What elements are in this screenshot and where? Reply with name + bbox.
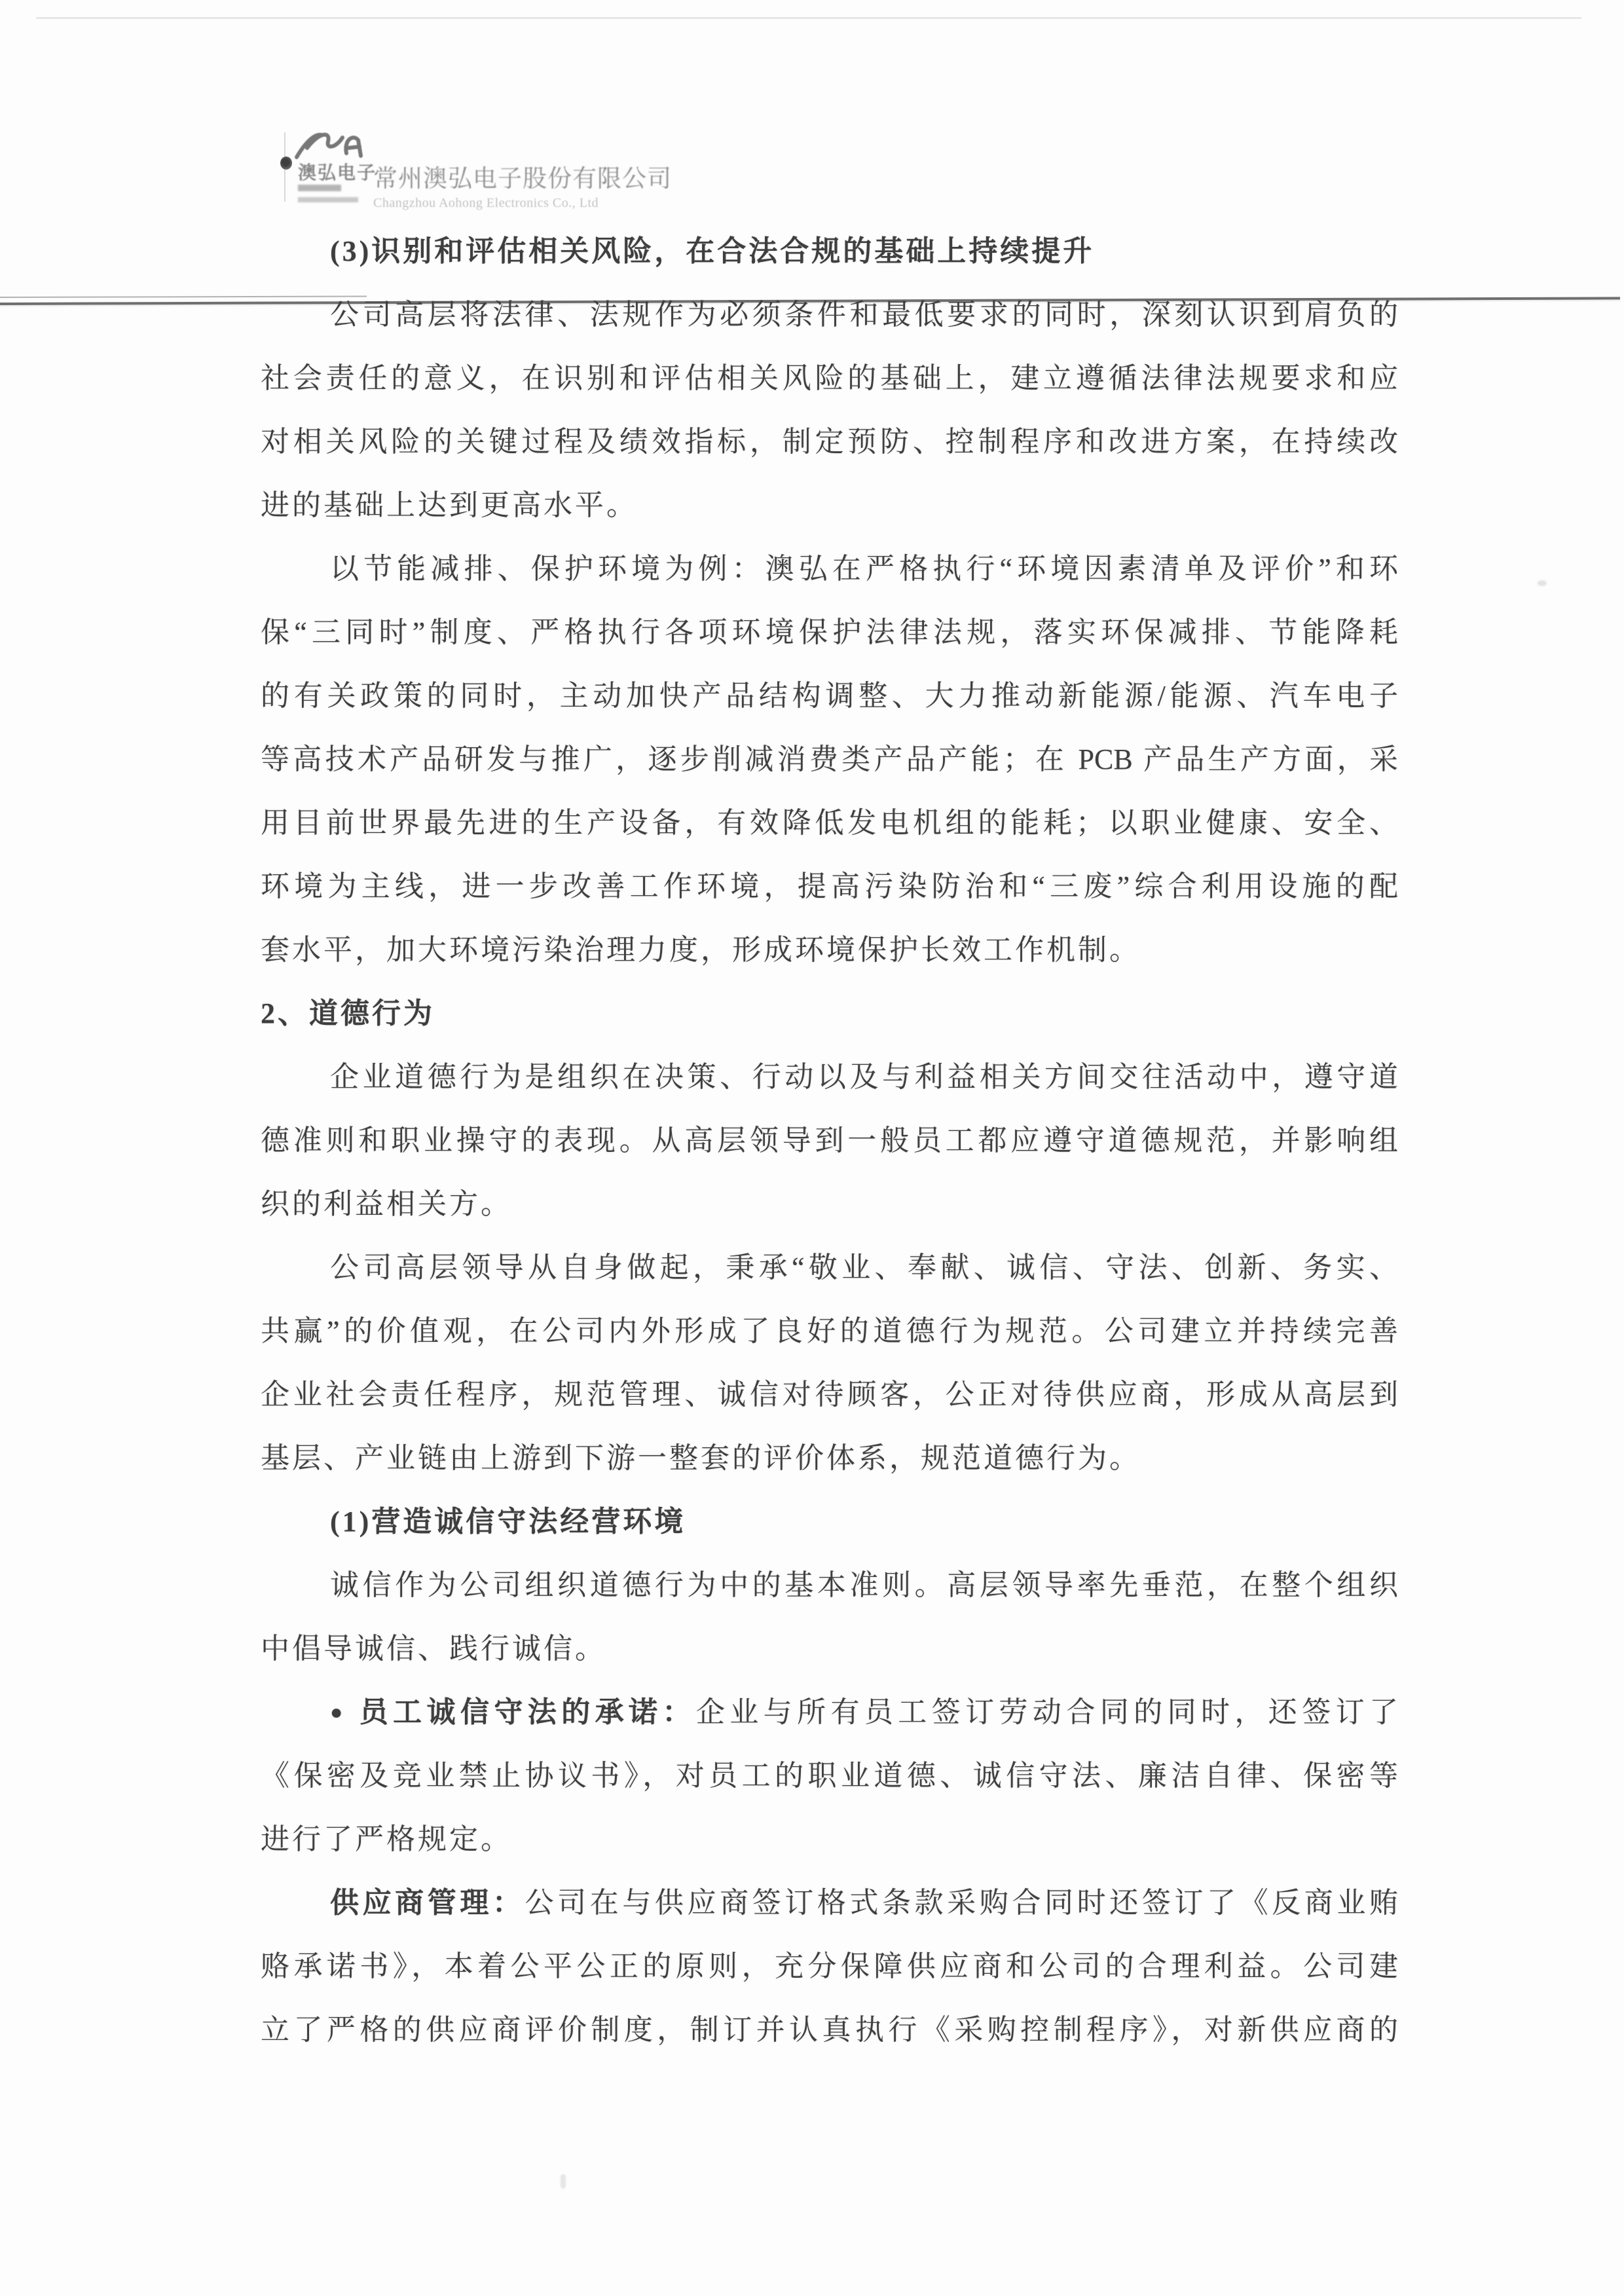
text-line: 以节能减排、保护环境为例：澳弘在严格执行“环境因素清单及评价”和环 xyxy=(261,537,1398,601)
text-line: 套水平，加大环境污染治理力度，形成环境保护长效工作机制。 xyxy=(261,918,1398,982)
company-name-block: 常州澳弘电子股份有限公司 Changzhou Aohong Electronic… xyxy=(373,166,672,211)
scan-speck xyxy=(1538,580,1547,586)
text-line: 社会责任的意义，在识别和评估相关风险的基础上，建立遵循法律法规要求和应 xyxy=(261,346,1398,410)
text-line: 等高技术产品研发与推广，逐步削减消费类产品产能；在 PCB 产品生产方面，采 xyxy=(261,728,1398,791)
text-line: 立了严格的供应商评价制度，制订并认真执行《采购控制程序》，对新供应商的 xyxy=(261,1998,1398,2062)
aohong-logo-icon xyxy=(293,128,365,161)
document-body: (3)识别和评估相关风险，在合法合规的基础上持续提升 公司高层将法律、法规作为必… xyxy=(261,219,1398,2062)
logo-subtext-block: 澳弘电子 xyxy=(298,164,377,202)
company-name-en: Changzhou Aohong Electronics Co., Ltd xyxy=(373,196,672,211)
section-heading: (3)识别和评估相关风险，在合法合规的基础上持续提升 xyxy=(261,219,1398,283)
section-heading: 2、道德行为 xyxy=(261,982,1398,1045)
company-name-cn: 常州澳弘电子股份有限公司 xyxy=(373,166,672,193)
text-line: 用目前世界最先进的生产设备，有效降低发电机组的能耗；以职业健康、安全、 xyxy=(261,791,1398,855)
text-line: 公司高层领导从自身做起，秉承“敬业、奉献、诚信、守法、创新、务实、 xyxy=(261,1236,1398,1299)
text-line: 企业道德行为是组织在决策、行动以及与利益相关方间交往活动中，遵守道 xyxy=(261,1045,1398,1109)
text-line: 赂承诺书》，本着公平公正的原则，充分保障供应商和公司的合理利益。公司建 xyxy=(261,1935,1398,1998)
text-line: 中倡导诚信、践行诚信。 xyxy=(261,1617,1398,1680)
text-line: 供应商管理：公司在与供应商签订格式条款采购合同时还签订了《反商业贿 xyxy=(261,1871,1398,1935)
text-line: 的有关政策的同时，主动加快产品结构调整、大力推动新能源/能源、汽车电子 xyxy=(261,664,1398,728)
text-line: 进的基础上达到更高水平。 xyxy=(261,473,1398,537)
text-line: 织的利益相关方。 xyxy=(261,1172,1398,1236)
text-line: 对相关风险的关键过程及绩效指标，制定预防、控制程序和改进方案，在持续改 xyxy=(261,410,1398,473)
bullet-list-item: ●员工诚信守法的承诺：企业与所有员工签订劳动合同的同时，还签订了 xyxy=(261,1680,1398,1744)
text-run: 公司在与供应商签订格式条款采购合同时还签订了《反商业贿 xyxy=(525,1887,1398,1919)
text-line: 共赢”的价值观，在公司内外形成了良好的道德行为规范。公司建立并持续完善 xyxy=(261,1299,1398,1363)
ink-dot xyxy=(280,157,292,170)
scan-speck xyxy=(561,2174,566,2189)
logo-subtext-blur xyxy=(298,185,341,191)
text-line: 环境为主线，进一步改善工作环境，提高污染防治和“三废”综合利用设施的配 xyxy=(261,855,1398,918)
text-line: 企业社会责任程序，规范管理、诚信对待顾客，公正对待供应商，形成从高层到 xyxy=(261,1363,1398,1426)
text-line: 诚信作为公司组织道德行为中的基本准则。高层领导率先垂范，在整个组织 xyxy=(261,1553,1398,1617)
text-line: 《保密及竞业禁止协议书》，对员工的职业道德、诚信守法、廉洁自律、保密等 xyxy=(261,1744,1398,1807)
logo-subtext-cn: 澳弘电子 xyxy=(298,164,377,183)
text-line: 德准则和职业操守的表现。从高层领导到一般员工都应遵守道德规范，并影响组 xyxy=(261,1109,1398,1172)
text-line: 公司高层将法律、法规作为必须条件和最低要求的同时，深刻认识到肩负的 xyxy=(261,283,1398,346)
logo-subtext-blur xyxy=(298,197,358,202)
text-line: 进行了严格规定。 xyxy=(261,1807,1398,1871)
section-heading: (1)营造诚信守法经营环境 xyxy=(261,1490,1398,1553)
text-line: 基层、产业链由上游到下游一整套的评价体系，规范道德行为。 xyxy=(261,1426,1398,1490)
bullet-icon: ● xyxy=(330,1700,348,1724)
bold-run: 供应商管理： xyxy=(330,1887,525,1919)
bold-run: 员工诚信守法的承诺： xyxy=(360,1696,696,1728)
document-page: 澳弘电子 常州澳弘电子股份有限公司 Changzhou Aohong Elect… xyxy=(0,0,1624,2296)
scan-edge-streak xyxy=(36,17,1581,19)
text-line: 保“三同时”制度、严格执行各项环境保护法律法规，落实环保减排、节能降耗 xyxy=(261,601,1398,664)
text-run: 企业与所有员工签订劳动合同的同时，还签订了 xyxy=(696,1696,1398,1728)
